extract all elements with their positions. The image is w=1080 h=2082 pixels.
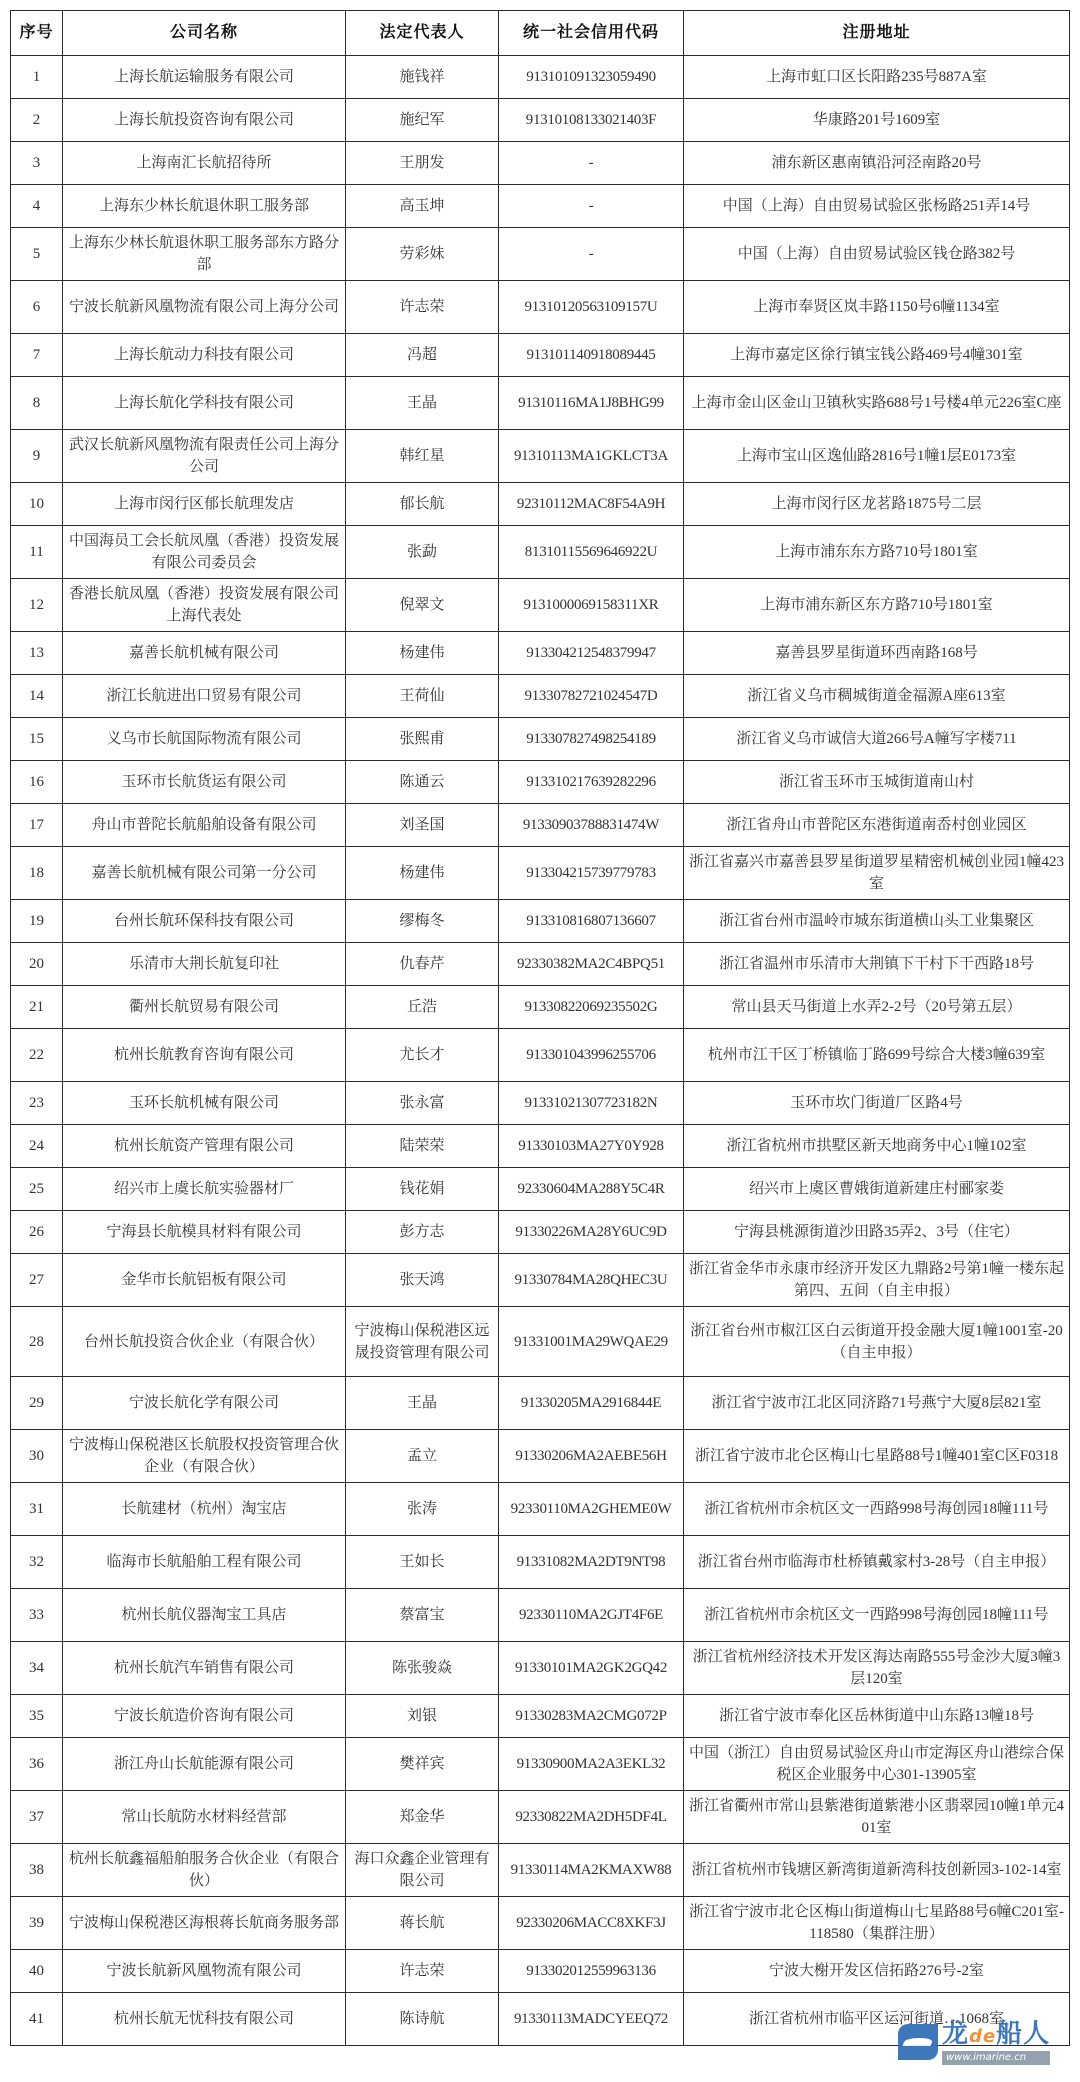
cell-legal-rep: 尤长才 (346, 1029, 499, 1082)
cell-credit-code: 92330110MA2GJT4F6E (499, 1589, 684, 1642)
cell-address: 浙江省杭州市拱墅区新天地商务中心1幢102室 (684, 1125, 1070, 1168)
cell-index: 20 (11, 943, 63, 986)
cell-credit-code: 913304212548379947 (499, 632, 684, 675)
cell-index: 41 (11, 1993, 63, 2046)
cell-company-name: 嘉善长航机械有限公司第一分公司 (63, 847, 346, 900)
cell-credit-code: 913301043996255706 (499, 1029, 684, 1082)
cell-credit-code: 91310120563109157U (499, 281, 684, 334)
cell-credit-code: 91330206MA2AEBE56H (499, 1430, 684, 1483)
table-row: 20乐清市大荆长航复印社仇春芹92330382MA2C4BPQ51浙江省温州市乐… (11, 943, 1070, 986)
cell-legal-rep: 刘银 (346, 1695, 499, 1738)
cell-legal-rep: 冯超 (346, 334, 499, 377)
cell-address: 中国（上海）自由贸易试验区张杨路251弄14号 (684, 185, 1070, 228)
cell-credit-code: - (499, 185, 684, 228)
cell-legal-rep: 高玉坤 (346, 185, 499, 228)
cell-address: 玉环市坎门街道厂区路4号 (684, 1082, 1070, 1125)
cell-address: 浙江省宁波市奉化区岳林街道中山东路13幢18号 (684, 1695, 1070, 1738)
table-row: 19台州长航环保科技有限公司缪梅冬913310816807136607浙江省台州… (11, 900, 1070, 943)
cell-index: 16 (11, 761, 63, 804)
cell-credit-code: 91310108133021403F (499, 99, 684, 142)
cell-credit-code: - (499, 228, 684, 281)
cell-address: 宁波大榭开发区信拓路276号-2室 (684, 1950, 1070, 1993)
cell-index: 11 (11, 526, 63, 579)
cell-address: 浙江省台州市临海市杜桥镇戴家村3-28号（自主申报） (684, 1536, 1070, 1589)
cell-company-name: 上海南汇长航招待所 (63, 142, 346, 185)
cell-address: 上海市闵行区龙茗路1875号二层 (684, 483, 1070, 526)
cell-legal-rep: 张熙甫 (346, 718, 499, 761)
cell-index: 27 (11, 1254, 63, 1307)
cell-credit-code: 92310112MAC8F54A9H (499, 483, 684, 526)
header-credit-code: 统一社会信用代码 (499, 11, 684, 56)
cell-index: 23 (11, 1082, 63, 1125)
cell-legal-rep: 王晶 (346, 1377, 499, 1430)
cell-credit-code: 91330283MA2CMG072P (499, 1695, 684, 1738)
cell-legal-rep: 倪翠文 (346, 579, 499, 632)
watermark-url: www.imarine.cn (942, 2051, 1050, 2065)
cell-credit-code: - (499, 142, 684, 185)
cell-credit-code: 92330604MA288Y5C4R (499, 1168, 684, 1211)
cell-index: 10 (11, 483, 63, 526)
cell-index: 34 (11, 1642, 63, 1695)
table-row: 25绍兴市上虞长航实验器材厂钱花娟92330604MA288Y5C4R绍兴市上虞… (11, 1168, 1070, 1211)
table-row: 27金华市长航铝板有限公司张天鸿91330784MA28QHEC3U浙江省金华市… (11, 1254, 1070, 1307)
table-row: 5上海东少林长航退休职工服务部东方路分部劳彩妹-中国（上海）自由贸易试验区钱仓路… (11, 228, 1070, 281)
table-row: 31长航建材（杭州）淘宝店张涛92330110MA2GHEME0W浙江省杭州市余… (11, 1483, 1070, 1536)
table-row: 39宁波梅山保税港区海根蒋长航商务服务部蒋长航92330206MACC8XKF3… (11, 1897, 1070, 1950)
cell-company-name: 上海长航投资咨询有限公司 (63, 99, 346, 142)
cell-legal-rep: 蒋长航 (346, 1897, 499, 1950)
table-row: 40宁波长航新风凰物流有限公司许志荣913302012559963136宁波大榭… (11, 1950, 1070, 1993)
cell-legal-rep: 蔡富宝 (346, 1589, 499, 1642)
cell-address: 常山县天马街道上水弄2-2号（20号第五层） (684, 986, 1070, 1029)
cell-company-name: 宁波长航新风凰物流有限公司上海分公司 (63, 281, 346, 334)
table-row: 30宁波梅山保税港区长航股权投资管理合伙企业（有限合伙）孟立91330206MA… (11, 1430, 1070, 1483)
cell-company-name: 台州长航投资合伙企业（有限合伙） (63, 1307, 346, 1377)
table-row: 34杭州长航汽车销售有限公司陈张骏焱91330101MA2GK2GQ42浙江省杭… (11, 1642, 1070, 1695)
cell-index: 31 (11, 1483, 63, 1536)
company-table-sheet: 序号 公司名称 法定代表人 统一社会信用代码 注册地址 1上海长航运输服务有限公… (10, 10, 1069, 2046)
table-row: 21衢州长航贸易有限公司丘浩91330822069235502G常山县天马街道上… (11, 986, 1070, 1029)
cell-credit-code: 913310217639282296 (499, 761, 684, 804)
cell-legal-rep: 劳彩妹 (346, 228, 499, 281)
cell-index: 36 (11, 1738, 63, 1791)
cell-company-name: 临海市长航船舶工程有限公司 (63, 1536, 346, 1589)
cell-legal-rep: 张永富 (346, 1082, 499, 1125)
cell-credit-code: 91330205MA2916844E (499, 1377, 684, 1430)
cell-index: 39 (11, 1897, 63, 1950)
table-body: 1上海长航运输服务有限公司施钱祥913101091323059490上海市虹口区… (11, 56, 1070, 2046)
cell-address: 上海市奉贤区岚丰路1150号6幢1134室 (684, 281, 1070, 334)
table-row: 3上海南汇长航招待所王朋发-浦东新区惠南镇沿河泾南路20号 (11, 142, 1070, 185)
cell-address: 上海市浦东新区东方路710号1801室 (684, 579, 1070, 632)
table-row: 8上海长航化学科技有限公司王晶91310116MA1J8BHG99上海市金山区金… (11, 377, 1070, 430)
cell-legal-rep: 彭方志 (346, 1211, 499, 1254)
cell-company-name: 浙江舟山长航能源有限公司 (63, 1738, 346, 1791)
header-company-name: 公司名称 (63, 11, 346, 56)
cell-credit-code: 92330206MACC8XKF3J (499, 1897, 684, 1950)
cell-address: 上海市虹口区长阳路235号887A室 (684, 56, 1070, 99)
cell-credit-code: 913302012559963136 (499, 1950, 684, 1993)
cell-legal-rep: 宁波梅山保税港区远晟投资管理有限公司 (346, 1307, 499, 1377)
cell-legal-rep: 陆荣荣 (346, 1125, 499, 1168)
cell-legal-rep: 陈张骏焱 (346, 1642, 499, 1695)
table-row: 17舟山市普陀长航船舶设备有限公司刘圣国91330903788831474W浙江… (11, 804, 1070, 847)
cell-index: 18 (11, 847, 63, 900)
cell-credit-code: 91330900MA2A3EKL32 (499, 1738, 684, 1791)
watermark-title-de: de (969, 2026, 996, 2047)
cell-legal-rep: 王晶 (346, 377, 499, 430)
cell-address: 浙江省杭州市余杭区文一西路998号海创园18幢111号 (684, 1483, 1070, 1536)
cell-legal-rep: 杨建伟 (346, 847, 499, 900)
table-row: 33杭州长航仪器淘宝工具店蔡富宝92330110MA2GJT4F6E浙江省杭州市… (11, 1589, 1070, 1642)
cell-legal-rep: 张勐 (346, 526, 499, 579)
cell-company-name: 杭州长航鑫福船舶服务合伙企业（有限合伙） (63, 1844, 346, 1897)
cell-address: 浙江省宁波市北仑区梅山街道梅山七星路88号6幢C201室-118580（集群注册… (684, 1897, 1070, 1950)
cell-index: 2 (11, 99, 63, 142)
header-index: 序号 (11, 11, 63, 56)
cell-company-name: 宁波梅山保税港区海根蒋长航商务服务部 (63, 1897, 346, 1950)
watermark-title: 龙de船人 (942, 2020, 1050, 2051)
cell-index: 9 (11, 430, 63, 483)
cell-company-name: 宁波长航造价咨询有限公司 (63, 1695, 346, 1738)
cell-company-name: 中国海员工会长航凤凰（香港）投资发展有限公司委员会 (63, 526, 346, 579)
cell-address: 绍兴市上虞区曹娥街道新建庄村郦家娄 (684, 1168, 1070, 1211)
cell-index: 4 (11, 185, 63, 228)
table-row: 4上海东少林长航退休职工服务部高玉坤-中国（上海）自由贸易试验区张杨路251弄1… (11, 185, 1070, 228)
cell-company-name: 上海市闵行区郁长航理发店 (63, 483, 346, 526)
cell-index: 14 (11, 675, 63, 718)
cell-credit-code: 91330103MA27Y0Y928 (499, 1125, 684, 1168)
cell-company-name: 杭州长航教育咨询有限公司 (63, 1029, 346, 1082)
cell-address: 浙江省宁波市江北区同济路71号燕宁大厦8层821室 (684, 1377, 1070, 1430)
cell-index: 5 (11, 228, 63, 281)
cell-credit-code: 91330782721024547D (499, 675, 684, 718)
cell-credit-code: 81310115569646922U (499, 526, 684, 579)
cell-company-name: 舟山市普陀长航船舶设备有限公司 (63, 804, 346, 847)
cell-credit-code: 92330110MA2GHEME0W (499, 1483, 684, 1536)
cell-legal-rep: 丘浩 (346, 986, 499, 1029)
cell-address: 中国（浙江）自由贸易试验区舟山市定海区舟山港综合保税区企业服务中心301-139… (684, 1738, 1070, 1791)
cell-legal-rep: 刘圣国 (346, 804, 499, 847)
cell-company-name: 上海长航运输服务有限公司 (63, 56, 346, 99)
cell-address: 浙江省义乌市稠城街道金福源A座613室 (684, 675, 1070, 718)
cell-company-name: 宁波长航新风凰物流有限公司 (63, 1950, 346, 1993)
cell-index: 37 (11, 1791, 63, 1844)
cell-address: 浙江省台州市温岭市城东街道横山头工业集聚区 (684, 900, 1070, 943)
cell-address: 中国（上海）自由贸易试验区钱仓路382号 (684, 228, 1070, 281)
cell-address: 浙江省舟山市普陀区东港街道南岙村创业园区 (684, 804, 1070, 847)
cell-index: 38 (11, 1844, 63, 1897)
cell-company-name: 玉环市长航货运有限公司 (63, 761, 346, 804)
cell-index: 1 (11, 56, 63, 99)
cell-index: 17 (11, 804, 63, 847)
cell-credit-code: 91330822069235502G (499, 986, 684, 1029)
table-row: 11中国海员工会长航凤凰（香港）投资发展有限公司委员会张勐81310115569… (11, 526, 1070, 579)
cell-index: 26 (11, 1211, 63, 1254)
table-row: 9武汉长航新风凰物流有限责任公司上海分公司韩红星91310113MA1GKLCT… (11, 430, 1070, 483)
cell-address: 上海市金山区金山卫镇秋实路688号1号楼4单元226室C座 (684, 377, 1070, 430)
table-row: 16玉环市长航货运有限公司陈通云913310217639282296浙江省玉环市… (11, 761, 1070, 804)
table-row: 38杭州长航鑫福船舶服务合伙企业（有限合伙）海口众鑫企业管理有限公司913301… (11, 1844, 1070, 1897)
cell-credit-code: 91330226MA28Y6UC9D (499, 1211, 684, 1254)
table-row: 26宁海县长航模具材料有限公司彭方志91330226MA28Y6UC9D宁海县桃… (11, 1211, 1070, 1254)
cell-address: 嘉善县罗星街道环西南路168号 (684, 632, 1070, 675)
cell-index: 12 (11, 579, 63, 632)
cell-legal-rep: 韩红星 (346, 430, 499, 483)
cell-index: 15 (11, 718, 63, 761)
cell-company-name: 宁波长航化学有限公司 (63, 1377, 346, 1430)
cell-credit-code: 92330822MA2DH5DF4L (499, 1791, 684, 1844)
cell-index: 30 (11, 1430, 63, 1483)
cell-credit-code: 91330101MA2GK2GQ42 (499, 1642, 684, 1695)
table-row: 12香港长航凤凰（香港）投资发展有限公司上海代表处倪翠文913100006915… (11, 579, 1070, 632)
cell-legal-rep: 许志荣 (346, 281, 499, 334)
cell-credit-code: 91331082MA2DT9NT98 (499, 1536, 684, 1589)
table-row: 10上海市闵行区郁长航理发店郁长航92310112MAC8F54A9H上海市闵行… (11, 483, 1070, 526)
watermark-title-post: 船人 (996, 2019, 1050, 2049)
cell-company-name: 上海长航化学科技有限公司 (63, 377, 346, 430)
cell-index: 28 (11, 1307, 63, 1377)
cell-address: 浦东新区惠南镇沿河泾南路20号 (684, 142, 1070, 185)
cell-legal-rep: 缪梅冬 (346, 900, 499, 943)
cell-address: 杭州市江干区丁桥镇临丁路699号综合大楼3幢639室 (684, 1029, 1070, 1082)
table-row: 15义乌市长航国际物流有限公司张熙甫913307827498254189浙江省义… (11, 718, 1070, 761)
watermark-title-pre: 龙 (942, 2019, 969, 2049)
cell-legal-rep: 施纪军 (346, 99, 499, 142)
cell-credit-code: 91331001MA29WQAE29 (499, 1307, 684, 1377)
cell-index: 25 (11, 1168, 63, 1211)
cell-company-name: 嘉善长航机械有限公司 (63, 632, 346, 675)
cell-credit-code: 91331021307723182N (499, 1082, 684, 1125)
cell-legal-rep: 郑金华 (346, 1791, 499, 1844)
cell-company-name: 杭州长航资产管理有限公司 (63, 1125, 346, 1168)
cell-address: 浙江省衢州市常山县紫港街道紫港小区翡翠园10幢1单元401室 (684, 1791, 1070, 1844)
cell-address: 浙江省杭州市钱塘区新湾街道新湾科技创新园3-102-14室 (684, 1844, 1070, 1897)
cell-company-name: 香港长航凤凰（香港）投资发展有限公司上海代表处 (63, 579, 346, 632)
cell-credit-code: 91330113MADCYEEQ72 (499, 1993, 684, 2046)
cell-company-name: 杭州长航汽车销售有限公司 (63, 1642, 346, 1695)
cell-legal-rep: 孟立 (346, 1430, 499, 1483)
cell-index: 40 (11, 1950, 63, 1993)
cell-legal-rep: 张涛 (346, 1483, 499, 1536)
cell-company-name: 上海长航动力科技有限公司 (63, 334, 346, 377)
ship-logo-icon (898, 2024, 938, 2060)
cell-address: 浙江省义乌市诚信大道266号A幢写字楼711 (684, 718, 1070, 761)
watermark-text: 龙de船人 www.imarine.cn (942, 2020, 1050, 2065)
cell-company-name: 玉环长航机械有限公司 (63, 1082, 346, 1125)
cell-company-name: 浙江长航进出口贸易有限公司 (63, 675, 346, 718)
table-row: 24杭州长航资产管理有限公司陆荣荣91330103MA27Y0Y928浙江省杭州… (11, 1125, 1070, 1168)
cell-address: 浙江省杭州经济技术开发区海达南路555号金沙大厦3幢3层120室 (684, 1642, 1070, 1695)
cell-legal-rep: 海口众鑫企业管理有限公司 (346, 1844, 499, 1897)
cell-company-name: 杭州长航无忧科技有限公司 (63, 1993, 346, 2046)
cell-company-name: 杭州长航仪器淘宝工具店 (63, 1589, 346, 1642)
cell-address: 浙江省台州市椒江区白云街道开投金融大厦1幢1001室-20（自主申报） (684, 1307, 1070, 1377)
table-row: 32临海市长航船舶工程有限公司王如长91331082MA2DT9NT98浙江省台… (11, 1536, 1070, 1589)
cell-legal-rep: 樊祥宾 (346, 1738, 499, 1791)
cell-index: 13 (11, 632, 63, 675)
table-row: 18嘉善长航机械有限公司第一分公司杨建伟913304215739779783浙江… (11, 847, 1070, 900)
cell-credit-code: 913310816807136607 (499, 900, 684, 943)
cell-address: 浙江省杭州市余杭区文一西路998号海创园18幢111号 (684, 1589, 1070, 1642)
cell-credit-code: 913304215739779783 (499, 847, 684, 900)
cell-company-name: 衢州长航贸易有限公司 (63, 986, 346, 1029)
cell-legal-rep: 王如长 (346, 1536, 499, 1589)
table-row: 36浙江舟山长航能源有限公司樊祥宾91330900MA2A3EKL32中国（浙江… (11, 1738, 1070, 1791)
cell-company-name: 长航建材（杭州）淘宝店 (63, 1483, 346, 1536)
cell-address: 上海市浦东东方路710号1801室 (684, 526, 1070, 579)
cell-address: 浙江省玉环市玉城街道南山村 (684, 761, 1070, 804)
table-row: 23玉环长航机械有限公司张永富91331021307723182N玉环市坎门街道… (11, 1082, 1070, 1125)
cell-legal-rep: 许志荣 (346, 1950, 499, 1993)
table-row: 6宁波长航新风凰物流有限公司上海分公司许志荣91310120563109157U… (11, 281, 1070, 334)
table-row: 29宁波长航化学有限公司王晶91330205MA2916844E浙江省宁波市江北… (11, 1377, 1070, 1430)
cell-company-name: 金华市长航铝板有限公司 (63, 1254, 346, 1307)
cell-index: 29 (11, 1377, 63, 1430)
cell-credit-code: 913307827498254189 (499, 718, 684, 761)
cell-credit-code: 91330903788831474W (499, 804, 684, 847)
cell-index: 7 (11, 334, 63, 377)
cell-company-name: 绍兴市上虞长航实验器材厂 (63, 1168, 346, 1211)
header-address: 注册地址 (684, 11, 1070, 56)
cell-credit-code: 913101091323059490 (499, 56, 684, 99)
cell-company-name: 乐清市大荆长航复印社 (63, 943, 346, 986)
cell-address: 浙江省温州市乐清市大荆镇下干村下干西路18号 (684, 943, 1070, 986)
cell-legal-rep: 张天鸿 (346, 1254, 499, 1307)
cell-address: 华康路201号1609室 (684, 99, 1070, 142)
cell-company-name: 义乌市长航国际物流有限公司 (63, 718, 346, 761)
cell-index: 3 (11, 142, 63, 185)
table-row: 28台州长航投资合伙企业（有限合伙）宁波梅山保税港区远晟投资管理有限公司9133… (11, 1307, 1070, 1377)
cell-address: 宁海县桃源街道沙田路35弄2、3号（住宅） (684, 1211, 1070, 1254)
cell-legal-rep: 陈通云 (346, 761, 499, 804)
cell-company-name: 台州长航环保科技有限公司 (63, 900, 346, 943)
table-row: 2上海长航投资咨询有限公司施纪军91310108133021403F华康路201… (11, 99, 1070, 142)
cell-credit-code: 913101140918089445 (499, 334, 684, 377)
cell-credit-code: 91330114MA2KMAXW88 (499, 1844, 684, 1897)
cell-address: 浙江省嘉兴市嘉善县罗星街道罗星精密机械创业园1幢423室 (684, 847, 1070, 900)
cell-credit-code: 91330784MA28QHEC3U (499, 1254, 684, 1307)
cell-address: 上海市嘉定区徐行镇宝钱公路469号4幢301室 (684, 334, 1070, 377)
cell-legal-rep: 郁长航 (346, 483, 499, 526)
cell-credit-code: 9131000069158311XR (499, 579, 684, 632)
cell-index: 8 (11, 377, 63, 430)
cell-index: 21 (11, 986, 63, 1029)
cell-credit-code: 92330382MA2C4BPQ51 (499, 943, 684, 986)
table-row: 22杭州长航教育咨询有限公司尤长才913301043996255706杭州市江干… (11, 1029, 1070, 1082)
header-legal-rep: 法定代表人 (346, 11, 499, 56)
table-row: 37常山长航防水材料经营部郑金华92330822MA2DH5DF4L浙江省衢州市… (11, 1791, 1070, 1844)
cell-company-name: 宁海县长航模具材料有限公司 (63, 1211, 346, 1254)
table-row: 7上海长航动力科技有限公司冯超913101140918089445上海市嘉定区徐… (11, 334, 1070, 377)
cell-index: 35 (11, 1695, 63, 1738)
cell-company-name: 宁波梅山保税港区长航股权投资管理合伙企业（有限合伙） (63, 1430, 346, 1483)
cell-company-name: 上海东少林长航退休职工服务部东方路分部 (63, 228, 346, 281)
table-row: 1上海长航运输服务有限公司施钱祥913101091323059490上海市虹口区… (11, 56, 1070, 99)
cell-index: 32 (11, 1536, 63, 1589)
cell-legal-rep: 施钱祥 (346, 56, 499, 99)
cell-legal-rep: 王荷仙 (346, 675, 499, 718)
cell-index: 33 (11, 1589, 63, 1642)
cell-company-name: 常山长航防水材料经营部 (63, 1791, 346, 1844)
cell-address: 浙江省金华市永康市经济开发区九鼎路2号第1幢一楼东起第四、五间（自主申报） (684, 1254, 1070, 1307)
cell-address: 上海市宝山区逸仙路2816号1幢1层E0173室 (684, 430, 1070, 483)
cell-credit-code: 91310113MA1GKLCT3A (499, 430, 684, 483)
cell-legal-rep: 杨建伟 (346, 632, 499, 675)
cell-company-name: 武汉长航新风凰物流有限责任公司上海分公司 (63, 430, 346, 483)
cell-legal-rep: 钱花娟 (346, 1168, 499, 1211)
cell-legal-rep: 陈诗航 (346, 1993, 499, 2046)
company-table: 序号 公司名称 法定代表人 统一社会信用代码 注册地址 1上海长航运输服务有限公… (10, 10, 1070, 2046)
table-row: 14浙江长航进出口贸易有限公司王荷仙91330782721024547D浙江省义… (11, 675, 1070, 718)
table-row: 35宁波长航造价咨询有限公司刘银91330283MA2CMG072P浙江省宁波市… (11, 1695, 1070, 1738)
table-header-row: 序号 公司名称 法定代表人 统一社会信用代码 注册地址 (11, 11, 1070, 56)
cell-address: 浙江省宁波市北仑区梅山七星路88号1幢401室C区F0318 (684, 1430, 1070, 1483)
cell-index: 6 (11, 281, 63, 334)
table-row: 13嘉善长航机械有限公司杨建伟913304212548379947嘉善县罗星街道… (11, 632, 1070, 675)
cell-index: 19 (11, 900, 63, 943)
cell-index: 24 (11, 1125, 63, 1168)
cell-credit-code: 91310116MA1J8BHG99 (499, 377, 684, 430)
cell-legal-rep: 仇春芹 (346, 943, 499, 986)
cell-legal-rep: 王朋发 (346, 142, 499, 185)
cell-company-name: 上海东少林长航退休职工服务部 (63, 185, 346, 228)
cell-index: 22 (11, 1029, 63, 1082)
imarine-watermark: 龙de船人 www.imarine.cn (898, 2016, 1070, 2068)
